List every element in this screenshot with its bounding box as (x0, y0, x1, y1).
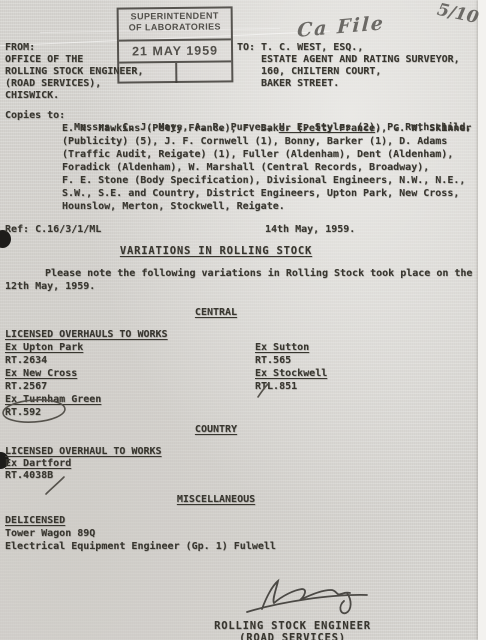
section-heading-miscellaneous: MISCELLANEOUS (0, 494, 432, 506)
from-line: (ROAD SERVICES), (5, 78, 101, 90)
central-left-stock: RT.592 (5, 407, 41, 419)
from-line: CHISWICK. (5, 90, 59, 102)
signature-ink (247, 581, 367, 613)
central-left-place: Ex Turnham Green (5, 394, 101, 406)
to-line: BAKER STREET. (261, 78, 339, 90)
copies-line: (Traffic Audit, Reigate) (1), Fuller (Al… (62, 149, 453, 161)
stamp-office-label: SUPERINTENDENT OF LABORATORIES (119, 8, 231, 41)
central-right-place: Ex Stockwell (255, 368, 327, 380)
copies-line: E. N. Hawkins (Petty France), F. Baker (… (62, 123, 471, 135)
scanned-memo-document: { "handwriting": { "scribble": "Ca File"… (0, 0, 486, 640)
country-stock: RT.4038B (5, 470, 53, 482)
handwritten-initials: Ca File (297, 12, 386, 42)
country-subheading: LICENSED OVERHAUL TO WORKS (5, 446, 162, 458)
section-heading-central: CENTRAL (0, 307, 432, 319)
central-left-stock: RT.2634 (5, 355, 47, 367)
footer-subtitle: (ROAD SERVICES) (195, 632, 390, 640)
from-line: ROLLING STOCK ENGINEER, (5, 66, 143, 78)
to-label: TO: (237, 42, 255, 54)
stamp-divider (175, 63, 177, 83)
scan-edge-strip (478, 0, 486, 640)
section-heading-country: COUNTRY (0, 424, 432, 436)
intro-line: Please note the following variations in … (45, 268, 472, 280)
footer-title: ROLLING STOCK ENGINEER (195, 620, 390, 632)
central-left-place: Ex Upton Park (5, 342, 83, 354)
country-place: Ex Dartford (5, 458, 71, 470)
central-right-place: Ex Sutton (255, 342, 309, 354)
central-right-stock: RTL.851 (255, 381, 297, 393)
handwritten-number: 5/10 (435, 0, 480, 28)
page-title: VARIATIONS IN ROLLING STOCK (0, 245, 432, 257)
intro-line: 12th May, 1959. (5, 281, 95, 293)
central-left-place: Ex New Cross (5, 368, 77, 380)
to-line: T. C. WEST, ESQ., (261, 42, 363, 54)
stamp-date: 21 MAY 1959 (119, 40, 231, 63)
stamp-line2: OF LABORATORIES (119, 21, 231, 33)
central-subheading: LICENSED OVERHAULS TO WORKS (5, 329, 168, 341)
misc-subheading: DELICENSED (5, 515, 65, 527)
ref-number: Ref: C.16/3/1/ML (5, 224, 101, 236)
misc-line: Electrical Equipment Engineer (Gp. 1) Fu… (5, 541, 276, 553)
copies-label: Copies to: (5, 110, 65, 122)
to-line: 160, CHILTERN COURT, (261, 66, 381, 78)
from-line: OFFICE OF THE (5, 54, 83, 66)
memo-date: 14th May, 1959. (265, 224, 355, 236)
misc-line: Tower Wagon 89Q (5, 528, 95, 540)
copies-line: Foradick (Aldenham), W. Marshall (Centra… (62, 162, 429, 174)
copies-line: Hounslow, Merton, Stockwell, Reigate. (62, 201, 285, 213)
copies-line: (Publicity) (5), J. F. Cornwell (1), Bon… (62, 136, 447, 148)
central-left-stock: RT.2567 (5, 381, 47, 393)
copies-line: S.W., S.E. and Country, District Enginee… (62, 188, 459, 200)
to-line: ESTATE AGENT AND RATING SURVEYOR, (261, 54, 460, 66)
from-label: FROM: (5, 42, 35, 54)
central-right-stock: RT.565 (255, 355, 291, 367)
copies-line: F. E. Stone (Body Specification), Divisi… (62, 175, 465, 187)
